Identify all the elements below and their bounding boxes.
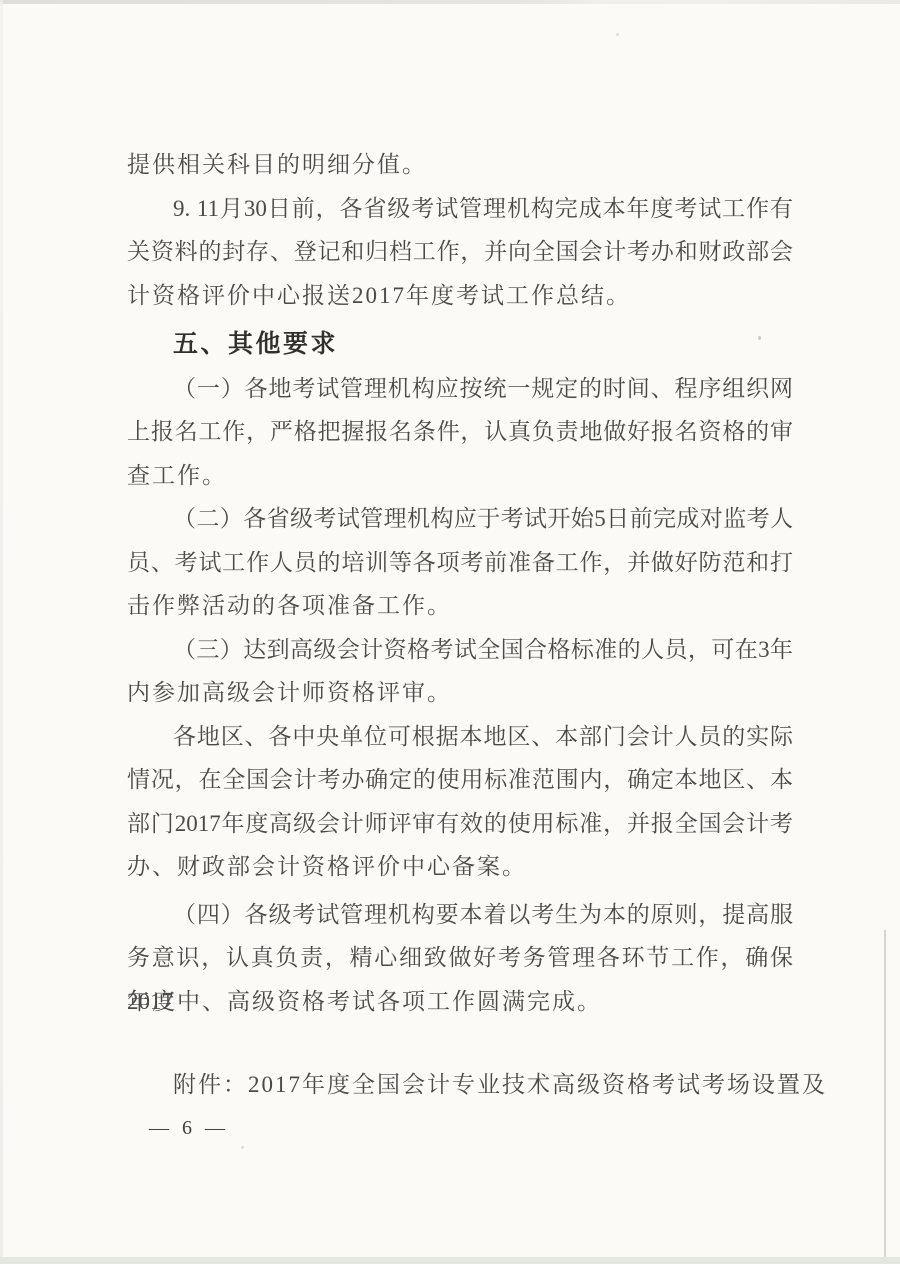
body-line: （二）各省级考试管理机构应于考试开始5日前完成对监考人 bbox=[127, 497, 793, 541]
body-line: 部门2017年度高级会计师评审有效的使用标准，并报全国会计考 bbox=[127, 802, 793, 846]
body-line: 提供相关科目的明细分值。 bbox=[127, 143, 793, 187]
body-line: 年度中、高级资格考试各项工作圆满完成。 bbox=[127, 980, 793, 1024]
body-line: 务意识，认真负责，精心细致做好考务管理各环节工作，确保2017 bbox=[127, 936, 793, 980]
body-line: 计资格评价中心报送2017年度考试工作总结。 bbox=[127, 274, 793, 318]
body-line: （四）各级考试管理机构要本着以考生为本的原则，提高服 bbox=[127, 893, 793, 937]
scan-bottom-edge bbox=[0, 1257, 900, 1264]
body-line: 上报名工作，严格把握报名条件，认真负责地做好报名资格的审 bbox=[127, 410, 793, 454]
body-line: 员、考试工作人员的培训等各项考前准备工作，并做好防范和打 bbox=[127, 541, 793, 585]
scan-top-edge bbox=[0, 0, 900, 4]
body-line: 查工作。 bbox=[127, 454, 793, 498]
body-line: 关资料的封存、登记和归档工作，并向全国会计考办和财政部会 bbox=[127, 230, 793, 274]
scanned-document-page: 提供相关科目的明细分值。 9. 11月30日前，各省级考试管理机构完成本年度考试… bbox=[0, 0, 900, 1264]
scan-right-edge bbox=[884, 930, 886, 1264]
body-line: （一）各地考试管理机构应按统一规定的时间、程序组织网 bbox=[127, 367, 793, 411]
body-line: 各地区、各中央单位可根据本地区、本部门会计人员的实际 bbox=[127, 715, 793, 759]
scan-speck bbox=[616, 33, 619, 36]
page-number: — 6 — bbox=[127, 1107, 793, 1151]
attachment-line: 附件：2017年度全国会计专业技术高级资格考试考场设置及 bbox=[127, 1063, 793, 1107]
scan-left-edge bbox=[0, 0, 3, 1264]
body-line: 击作弊活动的各项准备工作。 bbox=[127, 584, 793, 628]
body-line: 9. 11月30日前，各省级考试管理机构完成本年度考试工作有 bbox=[127, 187, 793, 231]
body-line: 情况，在全国会计考办确定的使用标准范围内，确定本地区、本 bbox=[127, 758, 793, 802]
body-line: 内参加高级会计师资格评审。 bbox=[127, 671, 793, 715]
document-text: 提供相关科目的明细分值。 9. 11月30日前，各省级考试管理机构完成本年度考试… bbox=[127, 143, 793, 1150]
body-line: 办、财政部会计资格评价中心备案。 bbox=[127, 845, 793, 889]
body-line: （三）达到高级会计资格考试全国合格标准的人员，可在3年 bbox=[127, 628, 793, 672]
section-heading: 五、其他要求 bbox=[127, 323, 793, 367]
